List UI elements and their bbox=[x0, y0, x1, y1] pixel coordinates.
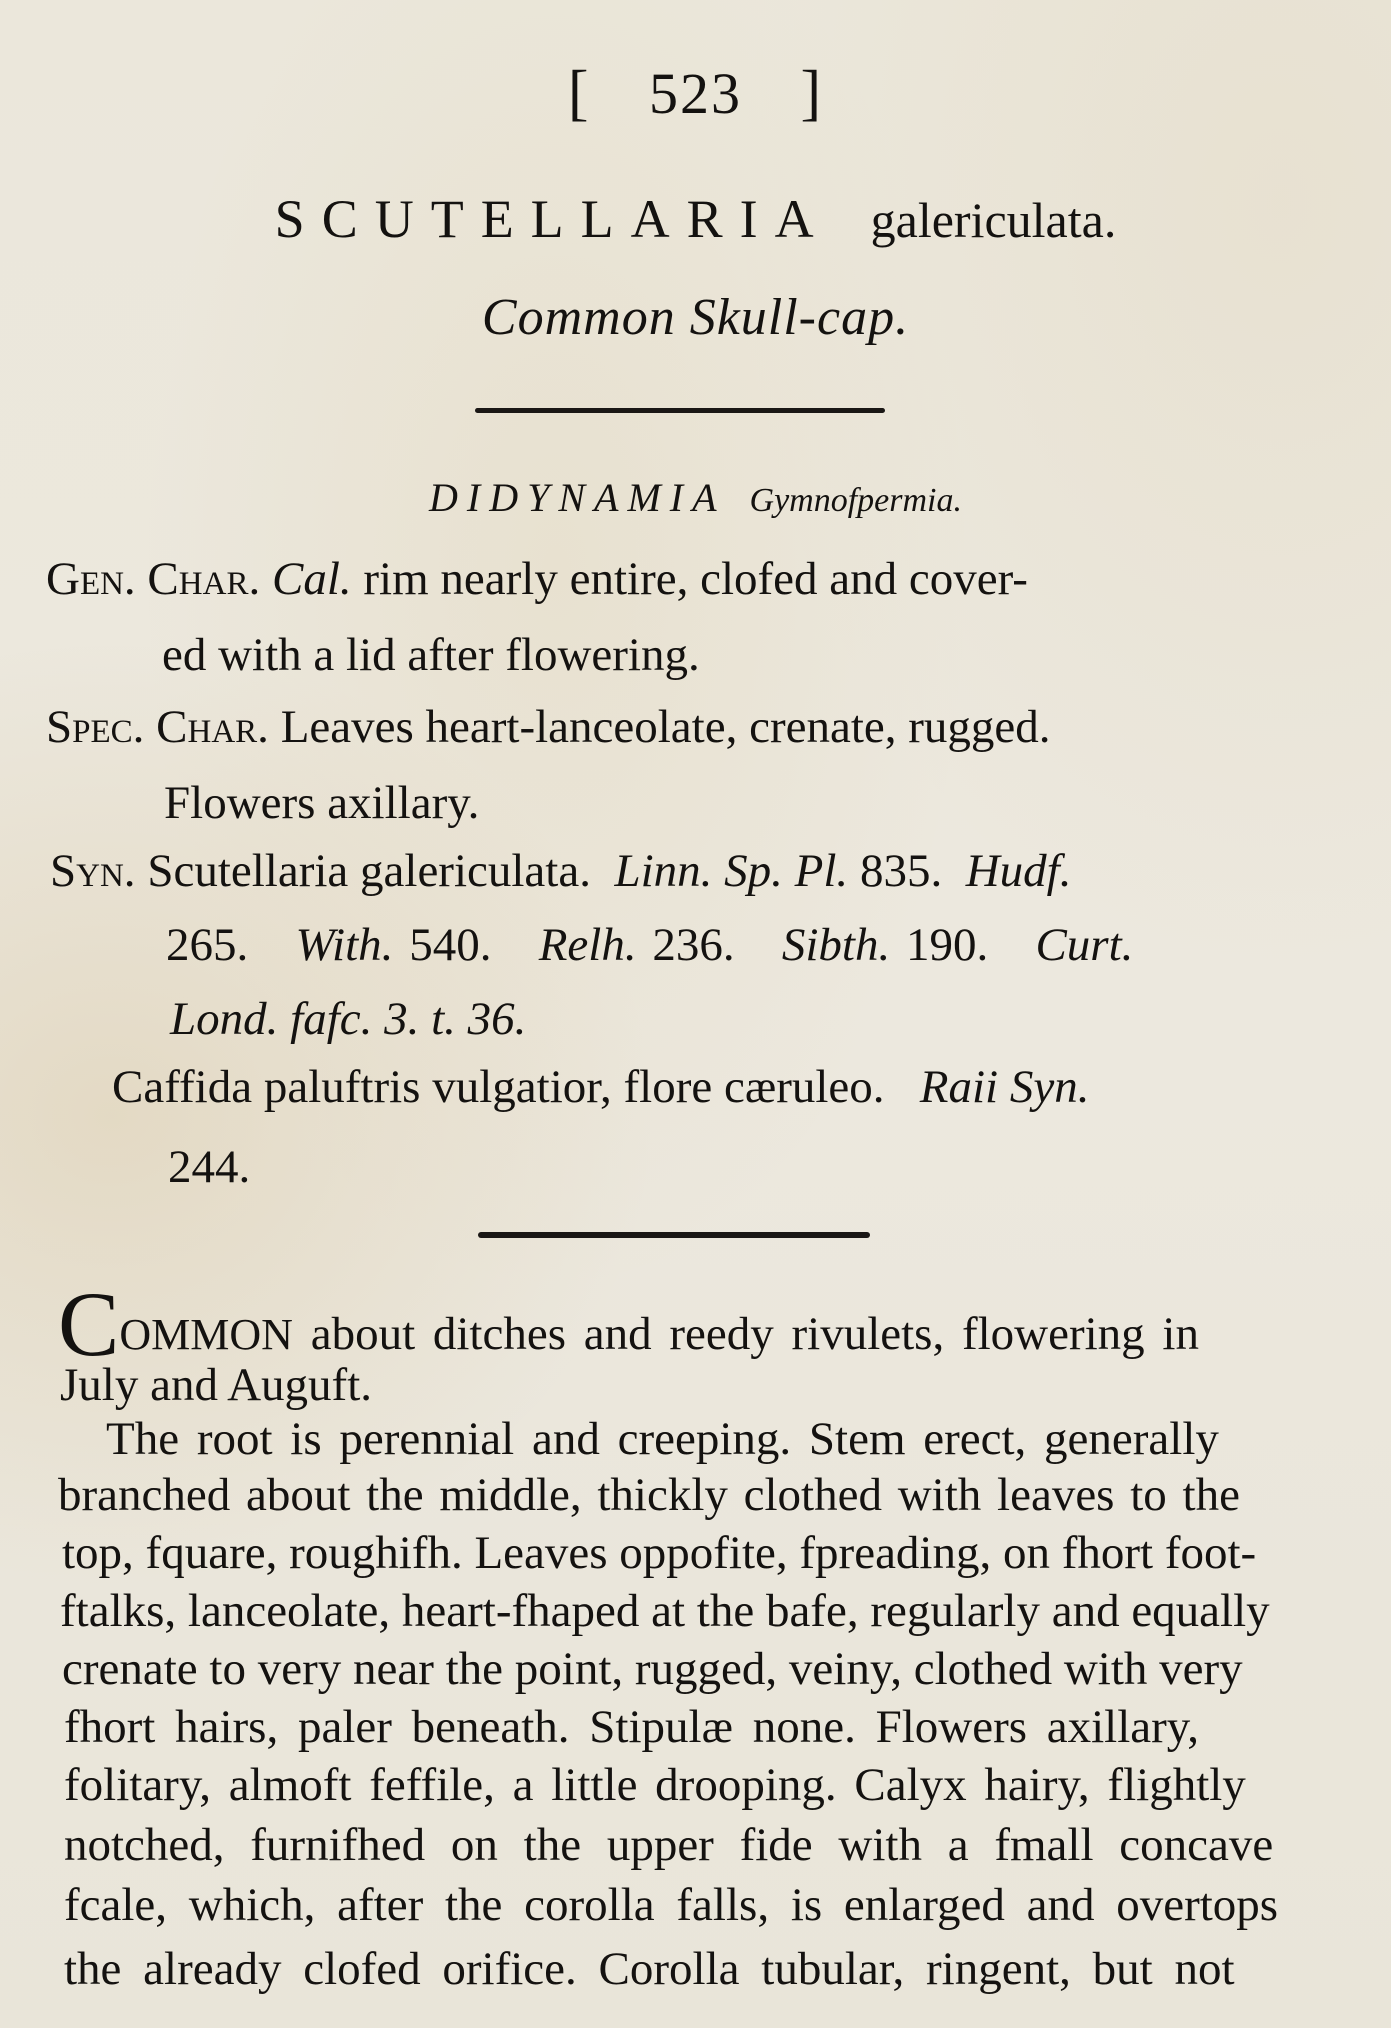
syn-line-5: 244. bbox=[168, 1140, 250, 1194]
divider-rule bbox=[475, 408, 885, 413]
syn-ref-hudson: Hudf. bbox=[966, 845, 1072, 897]
gen-char-label: Gen. Char. bbox=[46, 553, 260, 605]
body-line-5: top, fquare, roughifh. Leaves oppofite, … bbox=[62, 1526, 1256, 1580]
body-line-3: The root is perennial and creeping. Stem… bbox=[106, 1412, 1219, 1466]
body-line-11: fcale, which, after the corolla falls, i… bbox=[64, 1878, 1278, 1932]
body-line-7: crenate to very near the point, rugged, … bbox=[62, 1642, 1243, 1696]
gen-char-text: rim nearly entire, clofed and cover- bbox=[363, 553, 1028, 605]
body-line-1: COMMON about ditches and reedy rivulets,… bbox=[58, 1278, 1199, 1370]
syn-num: 265. bbox=[166, 919, 248, 971]
book-page: [ 523 ] SCUTELLARIAgalericulata. Common … bbox=[0, 0, 1391, 2028]
common-name: Common Skull-cap. bbox=[0, 288, 1391, 347]
species-name: galericulata. bbox=[871, 192, 1117, 248]
body-line-6: ftalks, lanceolate, heart-fhaped at the … bbox=[60, 1584, 1270, 1638]
syn-line-3: Lond. fafc. 3. t. 36. bbox=[170, 992, 526, 1046]
syn-name: Scutellaria galericulata. bbox=[147, 845, 591, 897]
syn-num: 236. bbox=[652, 919, 734, 971]
syn-line-2: 265. With. 540. Relh. 236. Sibth. 190. C… bbox=[166, 918, 1133, 972]
body-line-4: branched about the middle, thickly cloth… bbox=[58, 1468, 1240, 1522]
gen-char-line-1: Gen. Char. Cal. rim nearly entire, clofe… bbox=[46, 552, 1028, 606]
body-text: about ditches and reedy rivulets, flower… bbox=[311, 1308, 1199, 1360]
spec-char-label: Spec. Char. bbox=[46, 701, 269, 753]
first-word: OMMON bbox=[119, 1310, 293, 1359]
body-line-8: fhort hairs, paler beneath. Stipulæ none… bbox=[64, 1700, 1199, 1754]
gen-char-abbrev: Cal. bbox=[272, 553, 352, 605]
syn-ref-curtis: Curt. bbox=[1035, 919, 1133, 971]
bracket-close: ] bbox=[801, 59, 824, 127]
genus-name: SCUTELLARIA bbox=[275, 189, 831, 249]
body-line-9: folitary, almoft feffile, a little droop… bbox=[64, 1758, 1246, 1812]
linnaean-classification: DIDYNAMIAGymnofpermia. bbox=[0, 474, 1391, 521]
class-name: DIDYNAMIA bbox=[429, 475, 726, 520]
syn-ref-relhan: Relh. bbox=[539, 919, 637, 971]
gen-char-line-2: ed with a lid after flowering. bbox=[162, 628, 700, 682]
syn-ref-sibthorp: Sibth. bbox=[782, 919, 890, 971]
syn-ref-ray: Raii Syn. bbox=[920, 1061, 1090, 1113]
syn-line-1: Syn. Scutellaria galericulata. Linn. Sp.… bbox=[50, 844, 1071, 898]
syn-num: 835. bbox=[860, 845, 942, 897]
body-line-10: notched, furnifhed on the upper fide wit… bbox=[64, 1818, 1273, 1872]
spec-char-text: Leaves heart-lanceolate, crenate, rugged… bbox=[281, 701, 1051, 753]
page-number-value: 523 bbox=[649, 61, 742, 126]
body-line-12: the already clofed orifice. Corolla tubu… bbox=[64, 1942, 1235, 1996]
page-number: [ 523 ] bbox=[0, 58, 1391, 129]
syn-num: 540. bbox=[409, 919, 491, 971]
species-title: SCUTELLARIAgalericulata. bbox=[0, 188, 1391, 250]
syn-ref-withering: With. bbox=[296, 919, 394, 971]
body-line-2: July and Auguft. bbox=[60, 1358, 372, 1412]
spec-char-line-2: Flowers axillary. bbox=[164, 776, 479, 830]
divider-rule bbox=[478, 1232, 870, 1238]
spec-char-line-1: Spec. Char. Leaves heart-lanceolate, cre… bbox=[46, 700, 1051, 754]
bracket-open: [ bbox=[568, 59, 591, 127]
syn-num: 190. bbox=[906, 919, 988, 971]
syn-line-4: Caffida paluftris vulgatior, flore cærul… bbox=[112, 1060, 1089, 1114]
syn-label: Syn. bbox=[50, 845, 136, 897]
syn-alt-name: Caffida paluftris vulgatior, flore cærul… bbox=[112, 1061, 885, 1113]
syn-ref-linnaeus: Linn. Sp. Pl. bbox=[614, 845, 848, 897]
order-name: Gymnofpermia. bbox=[750, 482, 962, 519]
